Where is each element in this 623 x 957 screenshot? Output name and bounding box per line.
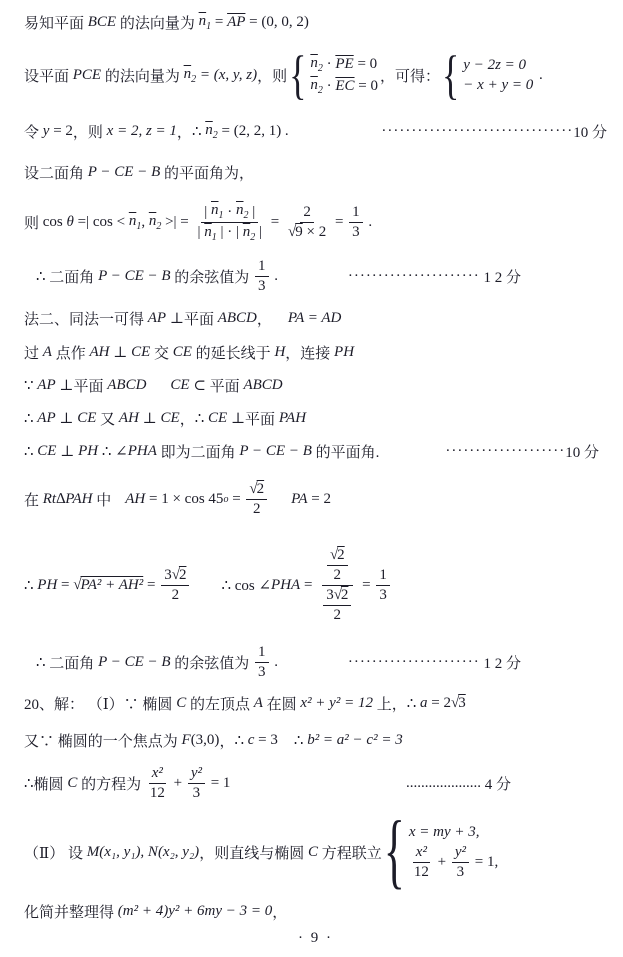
math-run: 1 <box>258 644 266 661</box>
perp-symbol: ⊥ <box>56 442 78 461</box>
numerator: 1 <box>255 258 269 277</box>
fraction-one-third: 13 <box>376 567 390 604</box>
equation-row: − x + y = 0 <box>463 77 533 94</box>
left-brace-icon: { <box>442 48 459 102</box>
math-run: CE <box>173 344 192 361</box>
fraction-x2-over-12: x²12 <box>411 844 432 881</box>
score-leader: ······················ 1 2 分 <box>348 266 521 287</box>
text-run: ，则 <box>73 121 107 142</box>
overline-term: n <box>199 13 207 29</box>
math-run: = <box>228 491 244 508</box>
score-mark-4: 4 分 <box>481 773 511 794</box>
text-run: 则 <box>24 212 43 233</box>
math-run: =| cos < <box>74 214 129 231</box>
math-run: · <box>323 78 336 95</box>
numerator: √22 <box>322 547 353 586</box>
line-focus-and-b2: 又∵ 椭圆的一个焦点为 F(3,0)，∴ c = 3∴ b² = a² − c²… <box>24 722 607 758</box>
math-run: AH <box>89 344 109 361</box>
math-run: PH <box>334 344 354 361</box>
math-run: 2 <box>334 607 342 624</box>
denominator: 2 <box>331 606 345 624</box>
text-run: ， <box>257 308 272 329</box>
line-simplified-quadratic: 化简并整理得 (m² + 4)y² + 6my − 3 = 0， <box>24 896 607 926</box>
vector-n2: n2 <box>236 202 249 221</box>
text-run: 又 <box>96 408 119 429</box>
line-conclusion-cosine-method1: ∴ 二面角 P − CE − B 的余弦值为 13 .·············… <box>24 252 607 300</box>
math-run: P − CE − B <box>98 654 170 671</box>
math-run: x² + y² = 12 <box>300 695 373 712</box>
equation-row: n2 · EC = 0 <box>310 77 378 96</box>
text-run: ， <box>177 121 192 142</box>
math-run: C <box>176 695 186 712</box>
math-run: AP <box>37 377 55 394</box>
math-run: c <box>248 732 255 749</box>
math-run: ABCD <box>107 377 146 394</box>
nested-fraction: √223√22 <box>318 547 356 624</box>
because-symbol: ∵ <box>24 376 37 395</box>
vector-n2: n2 <box>205 122 218 141</box>
perp-symbol: ⊥ <box>56 409 78 428</box>
left-brace-icon: { <box>384 810 405 894</box>
text-run: 过 <box>24 342 43 363</box>
overline-term: n <box>211 202 219 218</box>
perp-symbol: ⊥ <box>109 343 131 362</box>
vector-n2: n2 <box>310 77 323 96</box>
text-run: 交 <box>150 342 173 363</box>
text-run: ， <box>272 901 287 922</box>
therefore-symbol: ∴ <box>24 774 34 793</box>
math-run: PH <box>78 443 98 460</box>
math-run: 2 <box>334 567 342 584</box>
overline-term: PE <box>335 56 353 73</box>
line-rt-triangle-pah: 在 Rt∆PAH 中AH = 1 × cos 45o = √22PA = 2 <box>24 468 607 530</box>
math-run: ABCD <box>243 377 282 394</box>
overline-term: n <box>310 55 318 71</box>
math-run: AH <box>125 491 145 508</box>
vector-n2: n2 <box>310 55 323 74</box>
text-run: 平面 <box>245 408 279 429</box>
fraction-one-third: 13 <box>255 258 269 295</box>
math-run: = 1, <box>471 854 498 871</box>
math-run: , <box>141 214 149 231</box>
angle-symbol: ∴ ∠ <box>98 442 128 461</box>
denominator: 3√22 <box>318 586 356 624</box>
math-run: CE <box>77 410 96 427</box>
text-run: 方程联立 <box>318 842 382 863</box>
text-run: 中 <box>93 489 112 510</box>
math-run: PA <box>291 491 307 508</box>
denominator: √9 × 2 <box>285 223 329 241</box>
math-run: = 3 <box>254 732 277 749</box>
line-solve-n2: 令 y = 2，则 x = 2, z = 1，∴ n2 = (2, 2, 1) … <box>24 110 607 152</box>
page-number-text: · 9 · <box>298 930 333 947</box>
denominator: 2 <box>250 500 264 518</box>
math-run: b² = a² − c² = 3 <box>307 732 403 749</box>
math-run: 3 <box>379 587 387 604</box>
math-run: F <box>182 732 191 749</box>
math-run: = (0, 0, 2) <box>245 14 308 31</box>
math-run: = 1 × cos 45 <box>145 491 223 508</box>
math-run: ABCD <box>218 310 257 327</box>
math-run: CE <box>37 443 56 460</box>
math-run: 3 <box>258 278 266 295</box>
math-run: = 2 <box>308 491 331 508</box>
system-rows: y − 2z = 0− x + y = 0 <box>463 57 533 94</box>
numerator: 3√2 <box>161 567 189 586</box>
math-run: 3 <box>164 567 172 584</box>
text-run: 化简并整理得 <box>24 901 118 922</box>
math-run: . <box>535 67 543 84</box>
line-construct-ah: 过 A 点作 AH ⊥ CE 交 CE 的延长线于 H，连接 PH <box>24 336 607 369</box>
text-run: 在 <box>24 489 43 510</box>
text-run: ，则直线与椭圆 <box>199 842 308 863</box>
subset-symbol: ⊂ <box>190 376 210 395</box>
fraction-3sqrt2-over-2: 3√22 <box>323 587 351 624</box>
math-run: . <box>271 268 279 285</box>
score-leader: ································10 分 <box>381 121 607 142</box>
math-run: 12 <box>150 785 165 802</box>
vector-n1: n1 <box>199 13 212 32</box>
text-run: 设平面 <box>24 65 73 86</box>
therefore-symbol: ∴ <box>234 731 247 750</box>
math-run: >| = <box>161 214 192 231</box>
math-run: cos <box>43 214 67 231</box>
math-run: PHA <box>128 443 157 460</box>
denominator: 3 <box>454 863 468 881</box>
score-leader: ····················10 分 <box>445 441 599 462</box>
text-run: 20、解： （Ⅰ）∵ 椭圆 <box>24 693 176 714</box>
text-run: 椭圆 <box>34 773 68 794</box>
line-conclusion-cosine-method2: ∴ 二面角 P − CE − B 的余弦值为 13 .·············… <box>24 640 607 684</box>
math-run: · <box>323 56 336 73</box>
score-mark-10: 10 分 <box>573 121 607 142</box>
text-run: 平面 <box>73 375 107 396</box>
math-run: = <box>143 577 159 594</box>
math-run: = 2 <box>49 123 72 140</box>
math-run: AH <box>119 410 139 427</box>
math-run: C <box>67 775 77 792</box>
math-run: = 0 <box>355 78 378 95</box>
overline-term: n <box>310 77 318 93</box>
math-run: PCE <box>73 67 101 84</box>
numerator: 1 <box>376 567 390 586</box>
denominator: 3 <box>376 586 390 604</box>
math-run: H <box>274 344 285 361</box>
therefore-symbol: ∴ <box>192 122 205 141</box>
math-run: 1 <box>379 567 387 584</box>
math-run: = 1 <box>207 775 230 792</box>
therefore-symbol: ∴ <box>36 267 49 286</box>
text-run: 的左顶点 <box>186 693 254 714</box>
math-run: P − CE − B <box>88 164 160 181</box>
text-run: 平面 <box>184 308 218 329</box>
math-run: = (x, y, z) <box>196 67 257 84</box>
text-run: 在圆 <box>263 693 301 714</box>
numerator: y² <box>188 765 205 784</box>
math-run: = <box>57 577 73 594</box>
text-run: 的平面角为， <box>160 162 254 183</box>
math-run: 1 <box>352 204 360 221</box>
math-run: θ <box>67 214 74 231</box>
score-mark-12: 1 2 分 <box>480 652 521 673</box>
radicand: PA² + AH² <box>81 577 144 594</box>
text-run: 令 <box>24 121 43 142</box>
line-because-ap-perp-plane: ∵ AP ⊥平面 ABCDCE ⊂ 平面 ABCD <box>24 369 607 402</box>
therefore-symbol: ∴ <box>24 576 37 595</box>
math-run: = <box>358 577 374 594</box>
line-ellipse-equation: ∴椭圆 C 的方程为 x²12 + y²3 = 1...............… <box>24 758 607 808</box>
dotted-leader: ······················ <box>348 654 480 671</box>
math-run: | <box>204 204 211 221</box>
math-run: x = 2, z = 1 <box>107 123 177 140</box>
fraction-2-over-sqrt9x2: 2√9 × 2 <box>285 204 329 241</box>
math-run: PAH <box>279 410 306 427</box>
math-run: × 2 <box>303 224 326 241</box>
math-run: . <box>271 654 279 671</box>
math-run: AP <box>148 310 166 327</box>
denominator: 12 <box>147 784 168 802</box>
equation-row: x²12 + y²3 = 1, <box>409 844 498 881</box>
vector-n2: n2 <box>243 224 256 243</box>
math-run: 3 <box>193 785 201 802</box>
therefore-symbol: ∴ <box>24 442 37 461</box>
math-run: · <box>224 204 237 221</box>
line-method2-intro: 法二、同法一可得 AP ⊥平面 ABCD，PA = AD <box>24 300 607 336</box>
numerator: 2 <box>300 204 314 223</box>
score-leader: ······················ 1 2 分 <box>348 652 521 673</box>
numerator: 3√2 <box>323 587 351 606</box>
math-run: CE <box>161 410 180 427</box>
text-run: 的方程为 <box>77 773 145 794</box>
math-run: = (2, 2, 1) . <box>218 123 289 140</box>
radicand: 2 <box>337 547 345 564</box>
math-run: = <box>331 214 347 231</box>
math-run: M(x₁, y₁), N(x₂, y₂) <box>87 844 199 861</box>
denominator: | n1 | · | n2 | <box>194 223 265 243</box>
math-run: 1 <box>258 258 266 275</box>
math-run: = <box>300 577 316 594</box>
line-part2-system: （Ⅱ） 设 M(x₁, y₁), N(x₂, y₂)，则直线与椭圆 C 方程联立… <box>24 808 607 896</box>
left-brace-icon: { <box>289 48 306 102</box>
fraction-dot-product: | n1 · n2 || n1 | · | n2 | <box>194 202 265 243</box>
math-run: P − CE − B <box>98 268 170 285</box>
line-normal-vector-n2-system: 设平面 PCE 的法向量为 n2 = (x, y, z)，则{n2 · PE =… <box>24 40 607 110</box>
text-run: ， <box>180 408 195 429</box>
math-run: 2 <box>172 587 180 604</box>
line-cos-theta-calc: 则 cos θ =| cos < n1, n2 >| = | n1 · n2 |… <box>24 192 607 252</box>
score-leader: .................... 4 分 <box>406 773 511 794</box>
fraction-x2-over-12: x²12 <box>147 765 168 802</box>
overline-term: n <box>236 202 244 218</box>
math-run: (m² + 4)y² + 6my − 3 = 0 <box>118 903 272 920</box>
math-run: 3 <box>457 864 465 881</box>
math-run: | <box>255 224 262 241</box>
text-run: 的余弦值为 <box>171 652 254 673</box>
text-run: ，则 <box>257 65 287 86</box>
score-mark-10: 10 分 <box>565 441 599 462</box>
dotted-leader: ···················· <box>445 443 565 460</box>
therefore-symbol: ∴ <box>24 409 37 428</box>
line-ellipse-joint-system: {x = my + 3,x²12 + y²3 = 1, <box>384 824 498 881</box>
text-run: ，可得： <box>380 65 440 86</box>
line-ph-and-cos-pha-calc: ∴ PH = √PA² + AH² = 3√22∴ cos ∠PHA = √22… <box>24 530 607 640</box>
overline-term: AP <box>227 14 245 31</box>
line-q20-part1-intro: 20、解： （Ⅰ）∵ 椭圆 C 的左顶点 A 在圆 x² + y² = 12 上… <box>24 684 607 722</box>
text-run: ，连接 <box>285 342 334 363</box>
numerator: √2 <box>246 481 267 500</box>
math-run: a <box>420 695 428 712</box>
math-run: 2 <box>253 501 261 518</box>
page-number: · 9 · <box>24 926 607 950</box>
fraction-y2-over-3: y²3 <box>188 765 205 802</box>
fraction-one-third: 13 <box>349 204 363 241</box>
text-run: 二面角 <box>49 652 98 673</box>
math-run: A <box>43 344 52 361</box>
math-run: | · | <box>217 224 243 241</box>
math-run: A <box>254 695 263 712</box>
perp-symbol: ⊥ <box>227 409 245 428</box>
text-run: 易知平面 <box>24 12 88 33</box>
math-run: = 2 <box>428 695 451 712</box>
vector-n1: n1 <box>204 224 217 243</box>
text-run: 平面 <box>210 375 244 396</box>
math-run: Rt∆PAH <box>43 491 93 508</box>
math-run: . <box>365 214 373 231</box>
text-run: 的法向量为 <box>101 65 184 86</box>
radicand: 9 <box>295 224 303 241</box>
perp-symbol: ⊥ <box>56 376 74 395</box>
math-run: 12 <box>414 864 429 881</box>
denominator: 3 <box>255 277 269 295</box>
fraction-3sqrt2-over-2: 3√22 <box>161 567 189 604</box>
denominator: 3 <box>190 784 204 802</box>
equation-row: n2 · PE = 0 <box>310 55 377 74</box>
numerator: y² <box>452 844 469 863</box>
text-run: 上， <box>373 693 407 714</box>
math-run: PHA <box>271 577 300 594</box>
radicand: 2 <box>341 587 349 604</box>
line-angle-pha-is-dihedral: ∴ CE ⊥ PH ∴ ∠PHA 即为二面角 P − CE − B 的平面角. … <box>24 434 607 468</box>
vector-n2: n2 <box>149 213 162 232</box>
radicand: 2 <box>257 481 265 498</box>
exam-solution-page: 易知平面 BCE 的法向量为 n1 = AP = (0, 0, 2) 设平面 P… <box>0 0 623 957</box>
therefore-symbol: ∴ <box>195 409 208 428</box>
equation-system-result: {y − 2z = 0− x + y = 0 <box>442 57 533 94</box>
numerator: x² <box>413 844 430 863</box>
line-dihedral-angle-setup: 设二面角 P − CE − B 的平面角为， <box>24 152 607 192</box>
fraction-sqrt2-over-2: √22 <box>246 481 267 518</box>
math-run: P − CE − B <box>239 443 311 460</box>
math-run: | <box>197 224 204 241</box>
numerator: √2 <box>327 547 348 566</box>
math-run: CE <box>170 377 189 394</box>
math-run: ∴ cos ∠ <box>221 576 271 595</box>
math-run: PA = AD <box>288 310 341 327</box>
equation-system-dot-products: {n2 · PE = 0n2 · EC = 0 <box>289 55 378 96</box>
text-run: 的法向量为 <box>116 12 199 33</box>
dotted-leader: ································ <box>381 123 573 140</box>
denominator: 3 <box>255 663 269 681</box>
vector-n2: n2 <box>184 66 197 85</box>
therefore-symbol: ∴ <box>407 694 420 713</box>
text-run: 设二面角 <box>24 162 88 183</box>
math-run: CE <box>208 410 227 427</box>
score-mark-12: 1 2 分 <box>480 266 521 287</box>
numerator: x² <box>149 765 166 784</box>
denominator: 2 <box>169 586 183 604</box>
text-run: 法二、同法一可得 <box>24 308 148 329</box>
math-run: = <box>267 214 283 231</box>
dotted-leader: ······················ <box>348 268 480 285</box>
dotted-leader: .................... <box>406 775 481 792</box>
text-run: 的延长线于 <box>192 342 275 363</box>
perp-symbol: ⊥ <box>139 409 161 428</box>
denominator: 3 <box>349 223 363 241</box>
line-ce-perp-plane-pah: ∴ AP ⊥ CE 又 AH ⊥ CE，∴ CE ⊥平面 PAH <box>24 402 607 434</box>
text-run: 又∵ 椭圆的一个焦点为 <box>24 730 182 751</box>
math-run: = 0 <box>354 56 377 73</box>
radicand: 2 <box>179 567 187 584</box>
math-run: y <box>43 123 50 140</box>
system-rows: n2 · PE = 0n2 · EC = 0 <box>310 55 378 96</box>
denominator: 12 <box>411 863 432 881</box>
fraction-one-third: 13 <box>255 644 269 681</box>
radicand: 3 <box>458 695 466 712</box>
perp-symbol: ⊥ <box>166 309 184 328</box>
overline-term: n <box>205 122 213 138</box>
math-run: 2 <box>303 204 311 221</box>
equation-row: x = my + 3, <box>409 824 480 841</box>
math-run: (3,0) <box>191 732 220 749</box>
math-run: = <box>211 14 227 31</box>
numerator: 1 <box>349 204 363 223</box>
system-rows: x = my + 3,x²12 + y²3 = 1, <box>409 824 498 881</box>
overline-term: n <box>184 66 192 82</box>
text-run: （Ⅱ） 设 <box>24 842 87 863</box>
text-run: 二面角 <box>49 266 98 287</box>
text-run: 的余弦值为 <box>171 266 254 287</box>
numerator: 1 <box>255 644 269 663</box>
therefore-symbol: ∴ <box>36 653 49 672</box>
fraction-y2-over-3: y²3 <box>452 844 469 881</box>
line-normal-vector-n1: 易知平面 BCE 的法向量为 n1 = AP = (0, 0, 2) <box>24 4 607 40</box>
vector-n1: n1 <box>211 202 224 221</box>
math-run: + <box>170 775 186 792</box>
math-run: BCE <box>88 14 116 31</box>
math-run: 3 <box>258 664 266 681</box>
denominator: 2 <box>331 566 345 584</box>
fraction-sqrt2-over-2: √22 <box>327 547 348 584</box>
math-run: + <box>434 854 450 871</box>
overline-term: n <box>204 224 212 240</box>
text-run: 即为二面角 <box>157 441 240 462</box>
math-run: | <box>249 204 256 221</box>
math-run: PH <box>37 577 57 594</box>
text-run: ， <box>219 730 234 751</box>
math-run: C <box>308 844 318 861</box>
text-run: 点作 <box>52 342 90 363</box>
numerator: | n1 · n2 | <box>201 202 258 223</box>
overline-term: EC <box>335 78 354 95</box>
math-run: 3 <box>326 587 334 604</box>
vector-n1: n1 <box>129 213 142 232</box>
therefore-symbol: ∴ <box>294 731 307 750</box>
text-run: 的平面角. <box>312 441 383 462</box>
math-run: AP <box>37 410 55 427</box>
math-run: 3 <box>352 224 360 241</box>
math-run: CE <box>131 344 150 361</box>
equation-row: y − 2z = 0 <box>463 57 526 74</box>
